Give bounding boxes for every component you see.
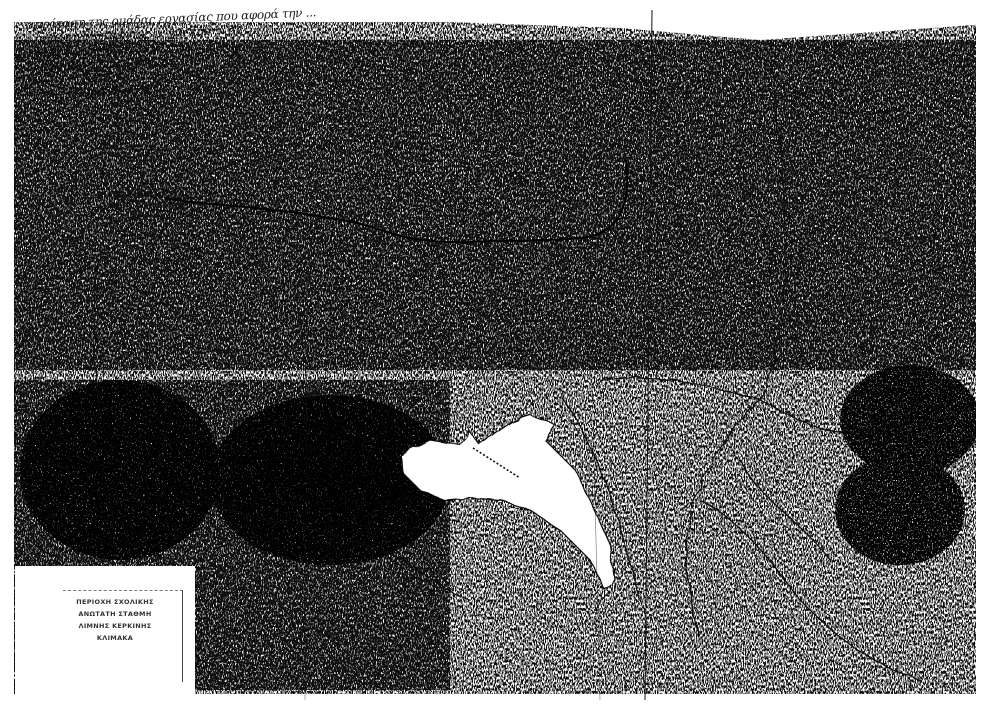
legend-line: ΛΙΜΝΗΣ ΚΕΡΚΙΝΗΣ bbox=[55, 620, 175, 632]
legend-divider bbox=[182, 590, 183, 682]
stamp-line: ΑΘΗΝΑ bbox=[94, 213, 204, 224]
map-legend: ΠΕΡΙΟΧΗ ΣΧΟΛΙΚΗΣ ΑΝΩΤΑΤΗ ΣΤΑΘΜΗ ΛΙΜΝΗΣ Κ… bbox=[15, 566, 195, 696]
handwritten-annotation: ...πρόταση της ομάδας εργασίας που αφορά… bbox=[24, 5, 327, 102]
legend-line: ΑΝΩΤΑΤΗ ΣΤΑΘΜΗ bbox=[55, 608, 175, 620]
stamp-line: ΑΓΡ. ΤΟΠ. ΜΗΧ. bbox=[94, 202, 204, 213]
legend-line: ΠΕΡΙΟΧΗ ΣΧΟΛΙΚΗΣ bbox=[55, 596, 175, 608]
stamp-line: Γ. ΠΑΝΑΓΙΩΤΟΠΟΥΛΟΣ bbox=[94, 180, 204, 202]
legend-line: ΚΛΙΜΑΚΑ bbox=[55, 632, 175, 644]
legend-divider bbox=[63, 590, 183, 592]
surveyor-stamp: Γ. ΠΑΝΑΓΙΩΤΟΠΟΥΛΟΣ ΑΓΡ. ΤΟΠ. ΜΗΧ. ΑΘΗΝΑ bbox=[94, 180, 204, 224]
